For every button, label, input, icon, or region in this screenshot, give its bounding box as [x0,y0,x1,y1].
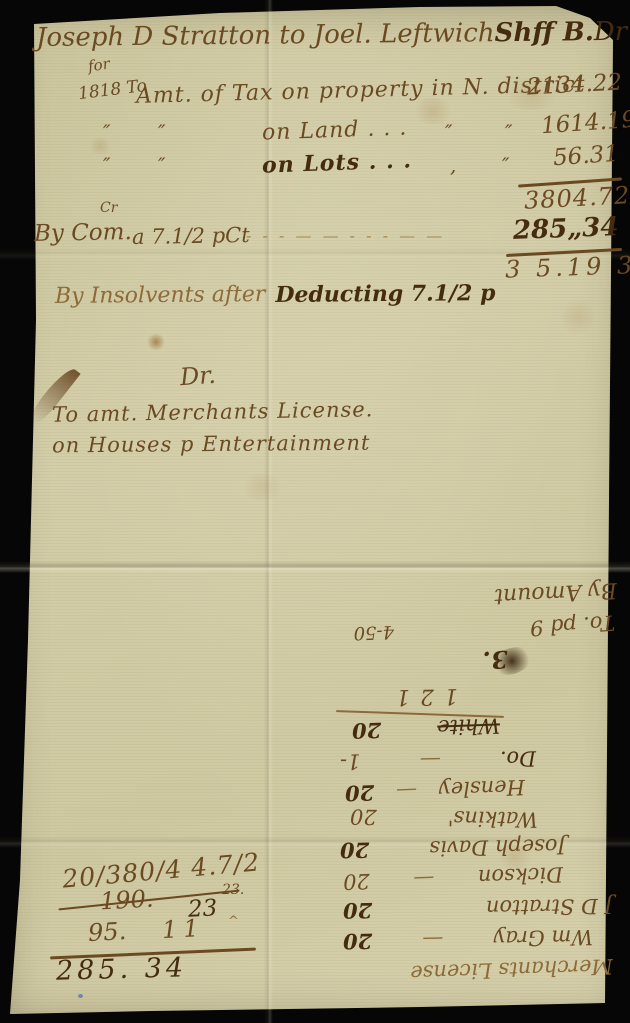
year-prefix-for: for [87,55,111,76]
cr-superscript: Cr [100,200,117,216]
calc-11: 11 [161,914,205,944]
entry-name: J D Stratton [486,894,613,920]
header-sheriff-abbrev: Shff B. [494,17,594,48]
ditto-mark: ″ [158,120,165,144]
docket-entry: Do. — 1- [340,746,536,773]
entry-amount: 20 [343,869,371,894]
entry-name: White [437,713,501,739]
docket-entry: White 20 [352,713,501,743]
entry-amount: 1- [340,749,361,773]
tax-row-land-desc: on Land . . . [262,115,408,145]
entry-dash: — [396,779,418,804]
entry-amount: 20 [350,804,377,828]
entry-name: Joseph Davis [429,834,566,860]
entry-name: Wm Gray [493,925,593,951]
entry-name: Hensley [438,775,525,802]
header-dr-label: Dr [594,17,628,47]
entry-amount: 20 [352,718,382,744]
tax-row-property-amount: 2134.22 [526,70,622,101]
docket-list-total: 121 [362,683,458,710]
tax-subtotal: 3804.72 [523,181,630,215]
calc-caret: ^ [228,914,239,929]
foxing-stain [236,474,288,500]
ditto-mark: ″ [445,120,452,144]
calc-total: 285. 34 [56,952,188,986]
docket-entry: Wm Gray — 20 [343,925,593,954]
insolvents-text-dark: Deducting 7.1/2 p [275,280,495,308]
docket-amount-b: 3. [467,645,509,677]
ditto-mark: ″ [158,153,165,177]
entry-dash: — [422,927,443,951]
ditto-mark: ″ [103,120,110,144]
memo-houses-entertainment: on Houses p Entertainment [52,431,371,458]
entry-amount: 20 [340,837,370,863]
commission-rate: a 7.1/2 pCt [132,223,250,249]
memo-dr-heading: Dr. [179,361,217,391]
manuscript-scan: Joseph D Stratton to Joel. Leftwich Shff… [0,0,630,1023]
entry-dash: — [420,748,441,772]
ditto-mark: ″ [103,153,110,177]
insolvents-text-light: By Insolvents after [55,282,266,310]
leader-dashes: - - - — — - - - — — [246,226,445,245]
commission-by-label: By Com. [34,219,132,247]
docket-entry: J D Stratton 20 [343,894,613,924]
tax-row-lots-amount: 56.31 [552,141,620,172]
insolvents-line: By Insolvents after Deducting 7.1/2 p [55,280,496,310]
foxing-stain [562,296,594,338]
commission-amount: 285„34 [513,212,619,246]
docket-entry: Watkins' 20 [350,804,538,831]
entry-amount: 20 [343,929,373,955]
calc-190: 190. [99,885,154,916]
blue-speck [78,994,83,998]
entry-name: Do. [500,746,536,771]
calc-95: 95. [87,917,127,947]
foxing-stain [146,334,166,350]
ditto-mark: ″ [502,153,509,177]
comma-mark: , [450,153,456,177]
document-header: Joseph D Stratton to Joel. Leftwich Shff… [36,17,612,53]
calc-23-superscript: 23. [222,882,244,898]
ditto-mark: ″ [505,120,512,144]
tax-row-land-amount: 1614.19 [540,107,630,140]
docket-amount-a: 4-50 [338,621,395,644]
tax-row-lots-desc: on Lots . . . [262,147,413,178]
balance-total: 3 5.19 38 [505,250,630,283]
header-parties: Joseph D Stratton to Joel. Leftwich [36,18,495,53]
entry-amount: 20 [343,898,373,924]
entry-name: Dickson [478,862,564,889]
horizontal-fold-crease [0,561,630,573]
entry-amount: 20 [345,780,375,806]
entry-dash: — [413,867,435,892]
entry-name: Watkins' [448,806,539,832]
docket-entry: Joseph Davis 20 [340,834,566,863]
